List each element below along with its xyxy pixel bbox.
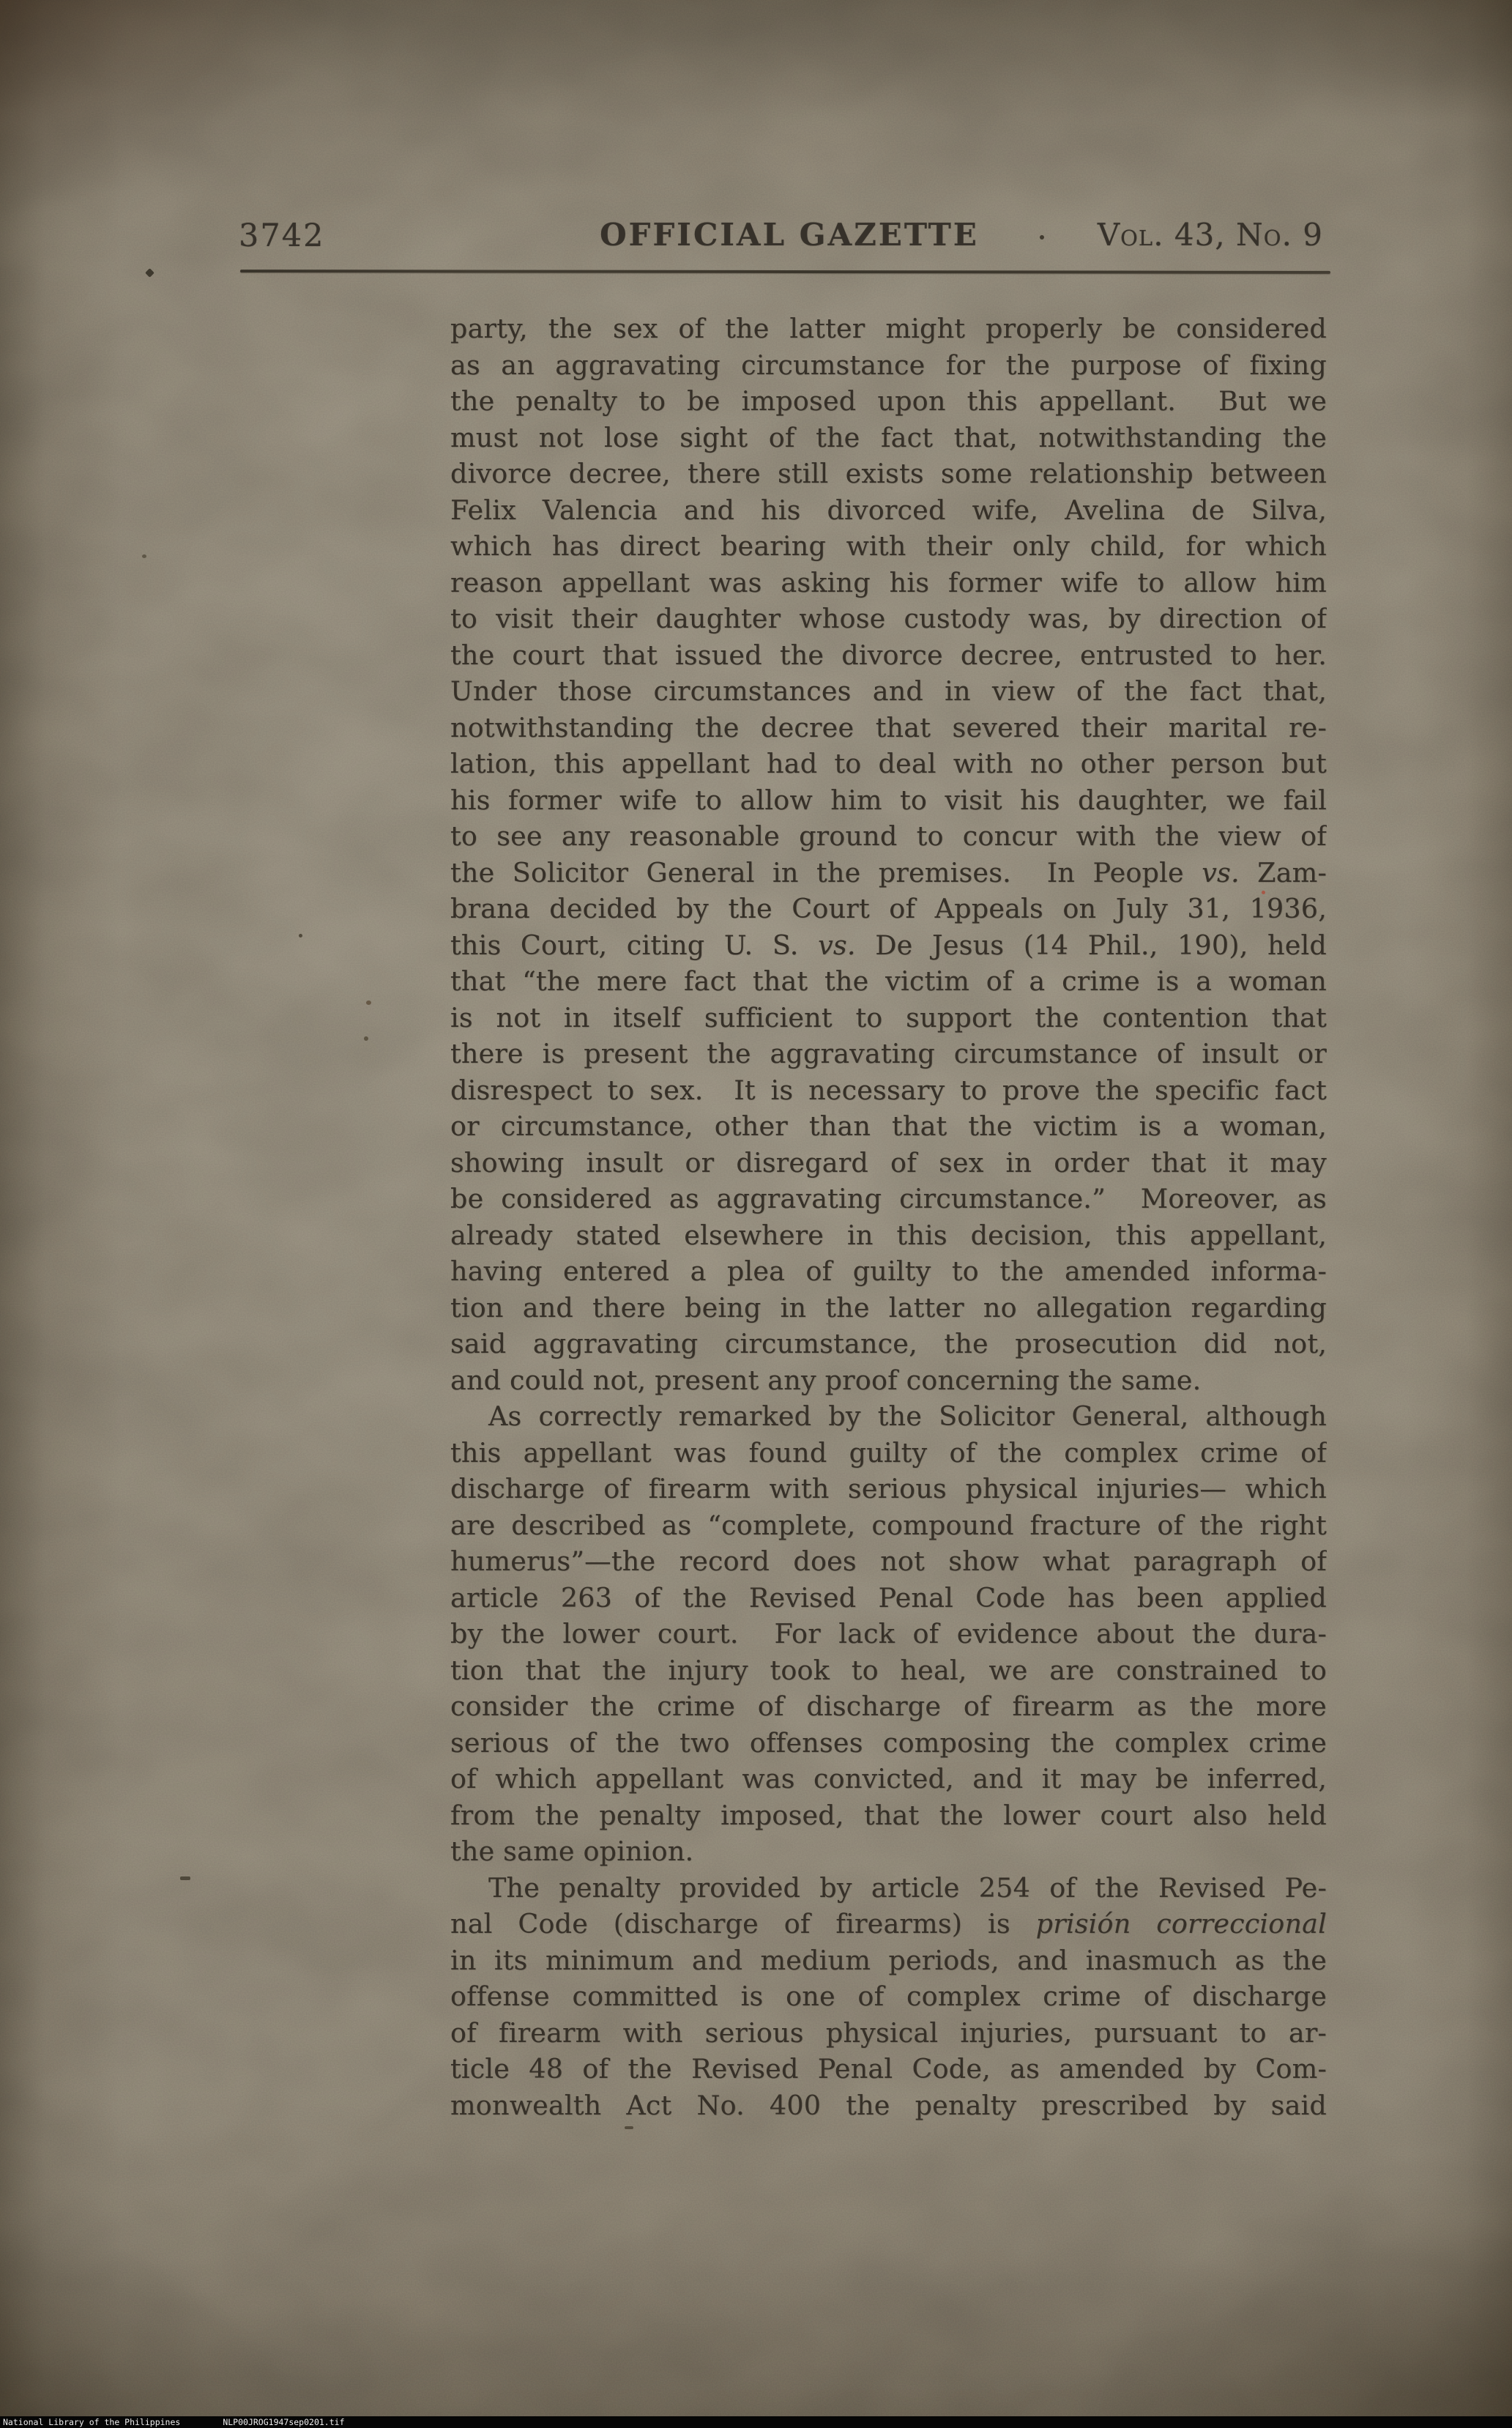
text-line: discharge of firearm with serious physic…	[450, 1471, 1327, 1507]
text-line: or circumstance, other than that the vic…	[450, 1108, 1327, 1145]
text-line: that “the mere fact that the victim of a…	[450, 963, 1327, 1000]
text-line: brana decided by the Court of Appeals on…	[450, 891, 1327, 927]
ink-speck	[142, 554, 146, 558]
text-line: offense committed is one of complex crim…	[450, 1978, 1327, 2015]
scanned-page: 3742 OFFICIAL GAZETTE Vol. 43, No. 9 par…	[0, 0, 1512, 2428]
ink-speck	[625, 2126, 633, 2129]
text-line: lation, this appellant had to deal with …	[450, 746, 1327, 782]
text-line: by the lower court. For lack of evidence…	[450, 1616, 1327, 1652]
text-line: humerus”—the record does not show what p…	[450, 1543, 1327, 1580]
ink-speck	[145, 268, 154, 278]
text-line: to see any reasonable ground to concur w…	[450, 818, 1327, 855]
text-line: reason appellant was asking his former w…	[450, 565, 1327, 601]
text-line: this appellant was found guilty of the c…	[450, 1435, 1327, 1471]
header-rule	[240, 270, 1330, 274]
ink-speck	[1040, 235, 1044, 240]
text-line: are described as “complete, compound fra…	[450, 1507, 1327, 1544]
text-line: consider the crime of discharge of firea…	[450, 1688, 1327, 1725]
text-line: Under those circumstances and in view of…	[450, 673, 1327, 710]
text-line: there is present the aggravating circums…	[450, 1036, 1327, 1072]
text-line: in its minimum and medium periods, and i…	[450, 1942, 1327, 1979]
text-line: of which appellant was convicted, and it…	[450, 1761, 1327, 1797]
page-number: 3742	[239, 218, 324, 254]
text-line: must not lose sight of the fact that, no…	[450, 420, 1327, 456]
ink-speck	[180, 1876, 190, 1880]
text-line: showing insult or disregard of sex in or…	[450, 1145, 1327, 1181]
text-line: party, the sex of the latter might prope…	[450, 311, 1327, 347]
text-line: nal Code (discharge of firearms) is pris…	[450, 1906, 1327, 1942]
text-line: As correctly remarked by the Solicitor G…	[450, 1398, 1327, 1435]
text-line: is not in itself sufficient to support t…	[450, 1000, 1327, 1036]
text-line: the Solicitor General in the premises. I…	[450, 855, 1327, 891]
text-line: as an aggravating circumstance for the p…	[450, 347, 1327, 384]
text-line: and could not, present any proof concern…	[450, 1362, 1327, 1399]
text-line: the court that issued the divorce decree…	[450, 637, 1327, 674]
page-title: OFFICIAL GAZETTE	[600, 217, 979, 253]
text-line: from the penalty imposed, that the lower…	[450, 1797, 1327, 1834]
text-line: disrespect to sex. It is necessary to pr…	[450, 1072, 1327, 1109]
text-line: this Court, citing U. S. vs. De Jesus (1…	[450, 927, 1327, 964]
text-line: article 263 of the Revised Penal Code ha…	[450, 1580, 1327, 1616]
text-line: tion that the injury took to heal, we ar…	[450, 1652, 1327, 1689]
text-line: which has direct bearing with their only…	[450, 528, 1327, 565]
ink-speck	[364, 1036, 368, 1041]
text-line: tion and there being in the latter no al…	[450, 1290, 1327, 1326]
text-line: said aggravating circumstance, the prose…	[450, 1326, 1327, 1362]
volume-issue-label: Vol. 43, No. 9	[1098, 217, 1323, 253]
text-line: be considered as aggravating circumstanc…	[450, 1181, 1327, 1217]
body-text: party, the sex of the latter might prope…	[450, 311, 1327, 2123]
text-line: to visit their daughter whose custody wa…	[450, 601, 1327, 637]
text-line: Felix Valencia and his divorced wife, Av…	[450, 492, 1327, 529]
ink-speck	[366, 1000, 371, 1005]
text-line: The penalty provided by article 254 of t…	[450, 1870, 1327, 1907]
scanner-info-bar: National Library of the Philippines NLP0…	[0, 2416, 1512, 2428]
text-line: ticle 48 of the Revised Penal Code, as a…	[450, 2051, 1327, 2087]
text-line: already stated elsewhere in this decisio…	[450, 1217, 1327, 1254]
text-line: monwealth Act No. 400 the penalty prescr…	[450, 2087, 1327, 2124]
text-line: serious of the two offenses composing th…	[450, 1725, 1327, 1761]
text-line: the penalty to be imposed upon this appe…	[450, 383, 1327, 420]
text-line: divorce decree, there still exists some …	[450, 456, 1327, 492]
text-line: his former wife to allow him to visit hi…	[450, 782, 1327, 819]
text-line: the same opinion.	[450, 1833, 1327, 1870]
text-line: having entered a plea of guilty to the a…	[450, 1253, 1327, 1290]
text-line: notwithstanding the decree that severed …	[450, 710, 1327, 746]
library-name: National Library of the Philippines	[3, 2417, 180, 2427]
text-line: of firearm with serious physical injurie…	[450, 2015, 1327, 2052]
ink-speck	[299, 934, 302, 938]
scan-filename: NLP00JROG1947sep0201.tif	[223, 2417, 344, 2427]
